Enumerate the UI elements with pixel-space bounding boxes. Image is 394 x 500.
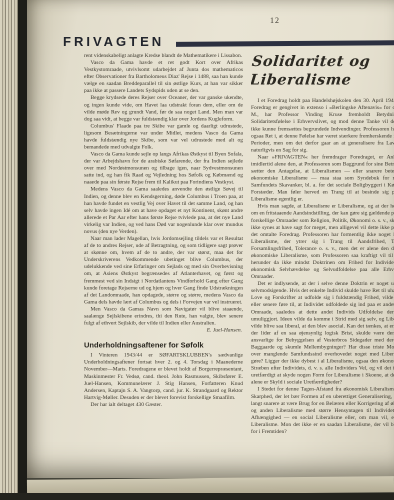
magazine-page: 12 FRIVAGTEN rent videnskabeligt anlagte… bbox=[27, 0, 394, 478]
book-spine-shadow bbox=[18, 0, 27, 494]
paragraph: I Stedet for denne Tagen-Afstand fra øko… bbox=[251, 386, 394, 435]
essay-signature: K. S. bbox=[251, 435, 394, 442]
paragraph: Medens Vasco da Gama saaledes anvendte d… bbox=[84, 186, 243, 235]
article-title: Solidaritet og Liberalisme bbox=[251, 52, 394, 89]
paragraph: I et Foredrag holdt paa Handelshøjskolen… bbox=[251, 97, 394, 153]
paragraph: rent videnskabeligt anlagte Kredse bland… bbox=[84, 52, 243, 59]
paragraph: Naar »FRIVAGTEN« her fremdrager Foredrag… bbox=[251, 153, 394, 202]
paragraph: Men Vasco da Gamas Navn som Navigatør vi… bbox=[84, 305, 243, 326]
right-column: Solidaritet og Liberalisme I et Foredrag… bbox=[251, 40, 394, 465]
masthead-title: FRIVAGTEN bbox=[63, 34, 164, 49]
article-signature: E. Juel-Hansen. bbox=[84, 327, 242, 334]
paragraph: Det er indlysende, at der i selve denne … bbox=[251, 280, 394, 386]
paragraph: Vasco da Gama kunde sejle op langs Afrik… bbox=[84, 151, 243, 186]
scanned-page-photo: 12 FRIVAGTEN rent videnskabeligt anlagte… bbox=[0, 0, 394, 500]
paragraph: Vasco da Gama havde et ret godt Kort ove… bbox=[84, 59, 243, 94]
photo-backdrop-edge bbox=[0, 493, 394, 500]
paragraph: Naar man lader Magellan, hvis Jordomsejl… bbox=[84, 235, 243, 305]
book-page-edges bbox=[0, 0, 18, 494]
page-number: 12 bbox=[270, 16, 280, 25]
section-heading: Underholdningsaftener for Søfolk bbox=[84, 341, 243, 351]
paragraph: Der har ialt deltaget 430 Gæster. bbox=[84, 401, 243, 408]
paragraph: Hvis man sagde, at Liberalisme er Libera… bbox=[251, 203, 394, 280]
left-column: rent videnskabeligt anlagte Kredse bland… bbox=[84, 52, 243, 452]
paragraph: Begge krydsede deres Rejser over Oceaner… bbox=[84, 94, 243, 122]
paragraph: I Vinteren 1943/44 er SØFARTSKLUBBEN's s… bbox=[84, 352, 243, 401]
paragraph: Columbus' Flaade paa tre Skibe var gamle… bbox=[84, 122, 243, 150]
